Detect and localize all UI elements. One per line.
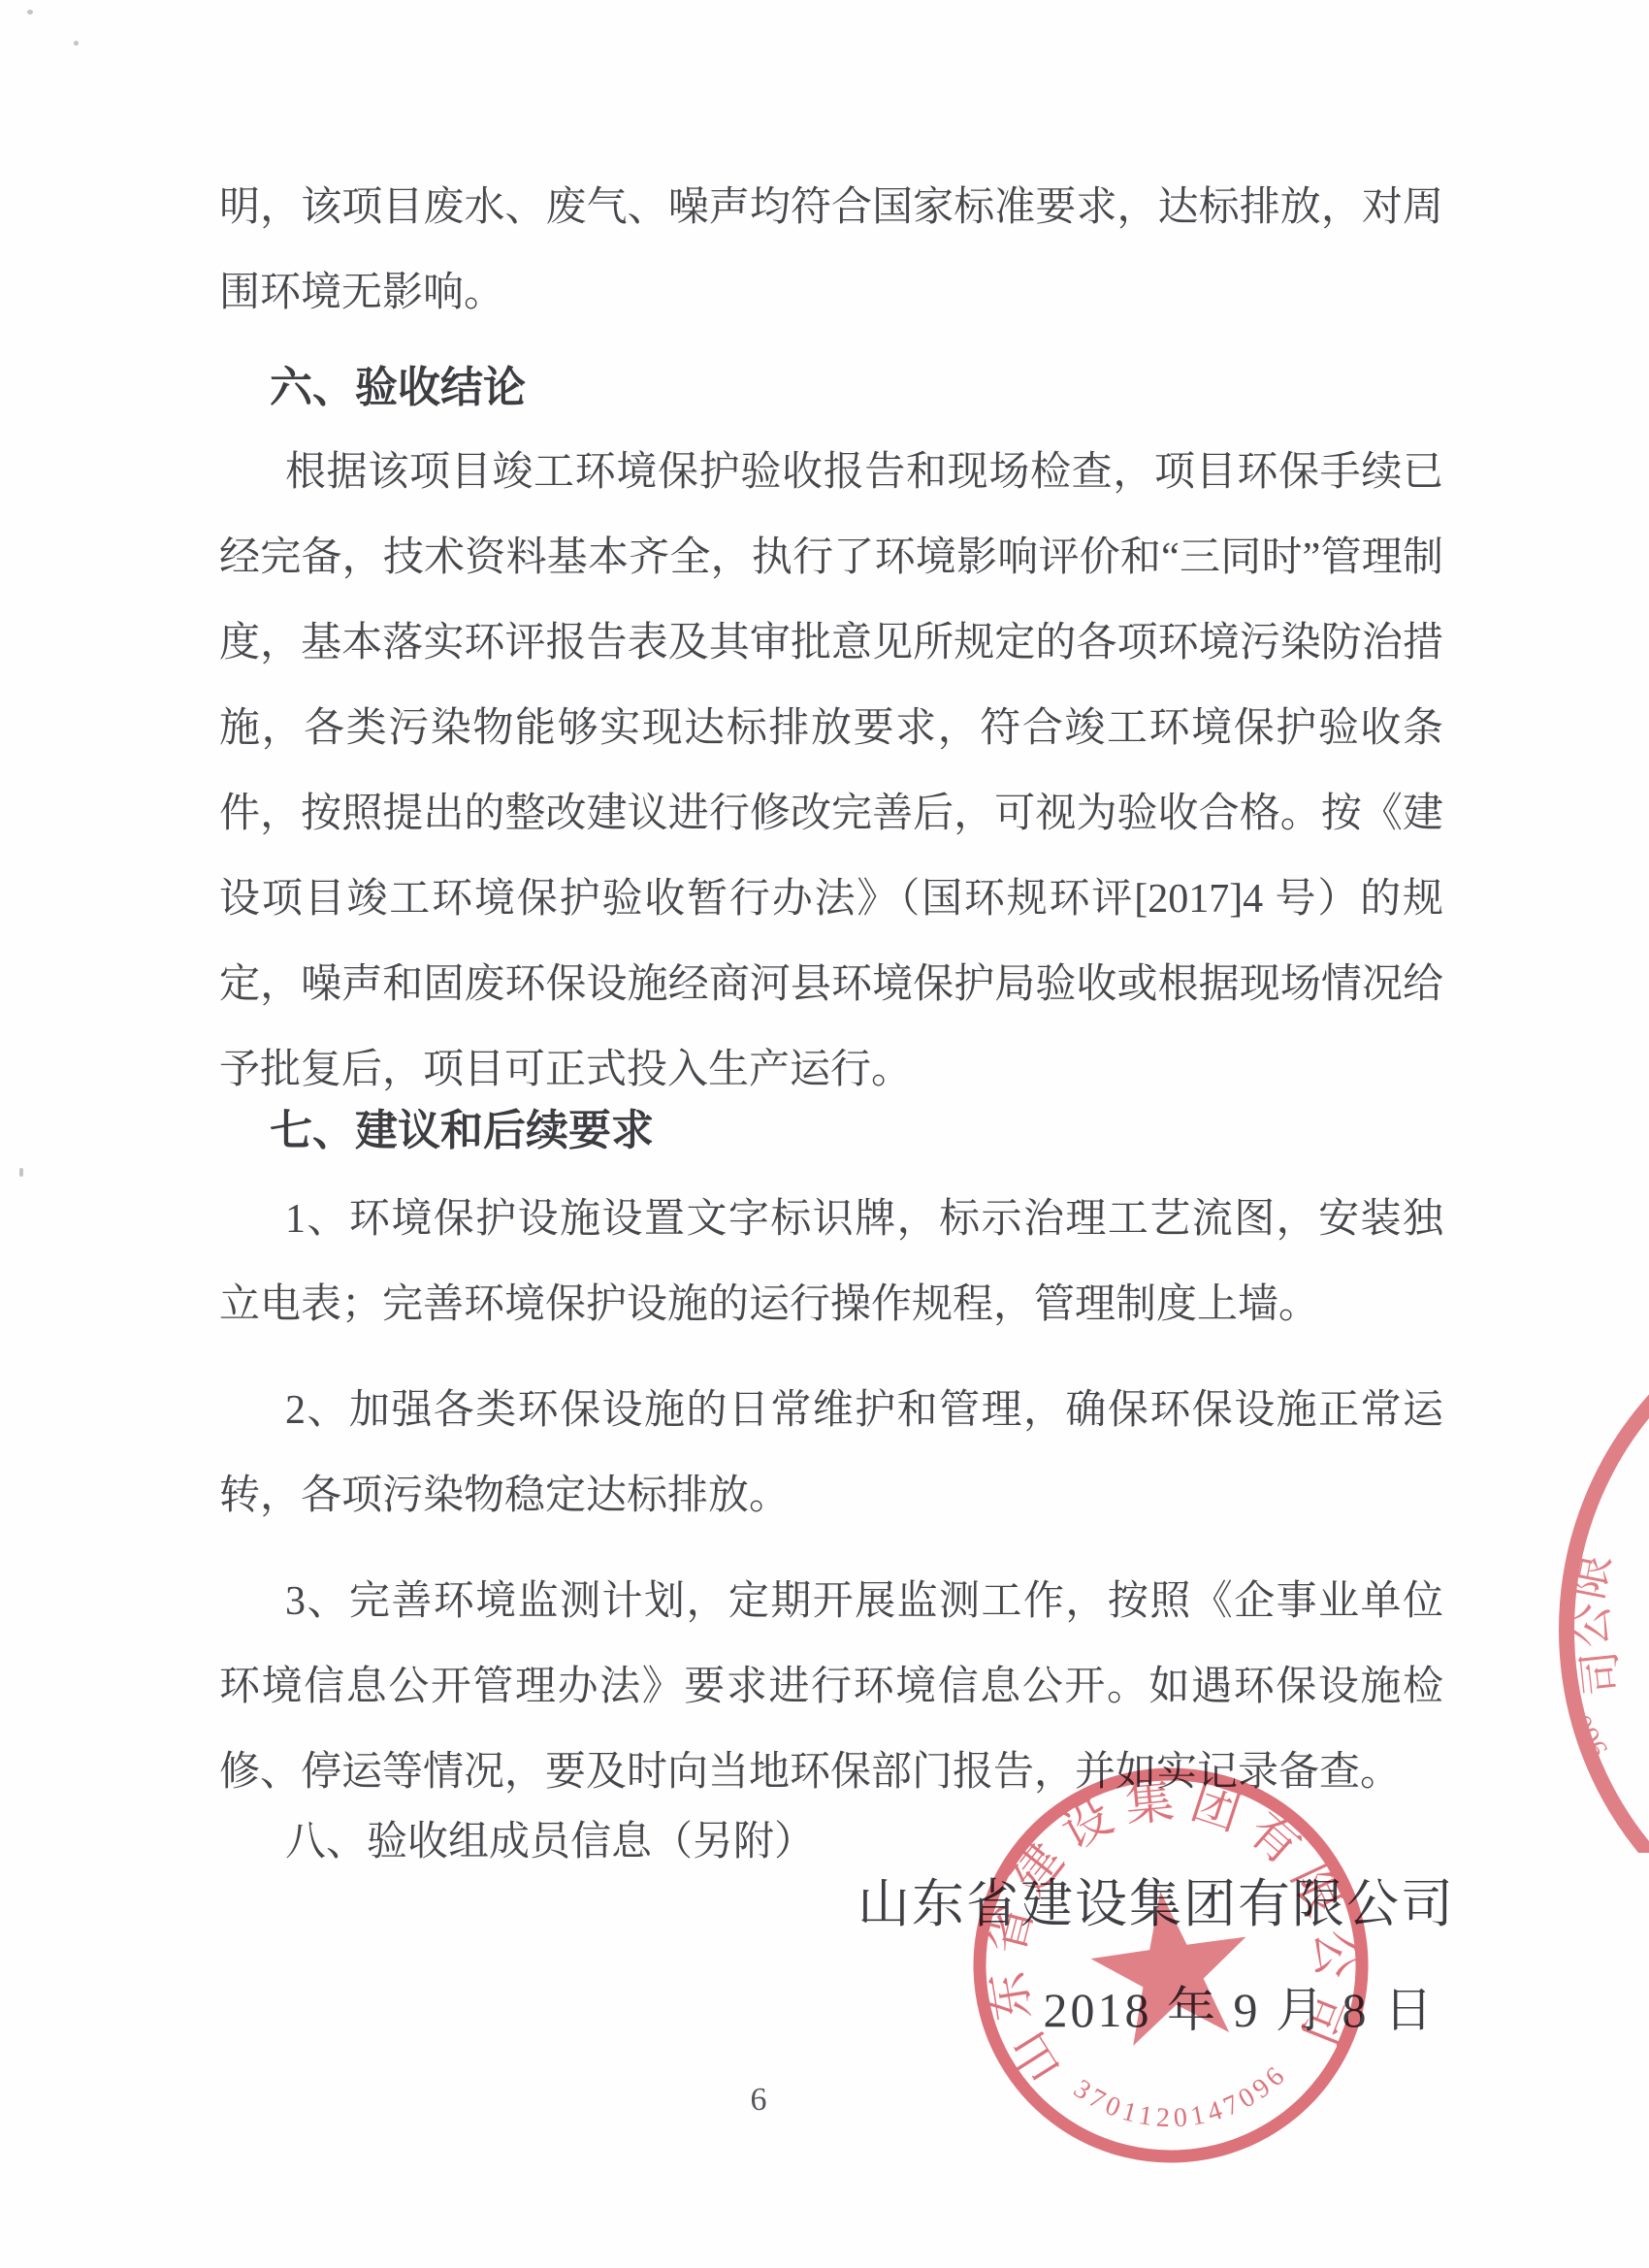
paragraph-suggestion-1: 1、环境保护设施设置文字标识牌，标示治理工艺流图，安装独立电表；完善环境保护设施…	[219, 1177, 1443, 1347]
scan-speck	[19, 1168, 23, 1177]
edge-seal-char: 司	[1574, 1648, 1629, 1698]
page-number: 6	[739, 2082, 778, 2119]
scan-speck	[27, 10, 33, 15]
signature-date: 2018 年 9 月 8 日	[1044, 1981, 1437, 2039]
seal-serial-number: 3701120147096	[1065, 2045, 1299, 2149]
signature-company-name: 山东省建设集团有限公司	[857, 1875, 1455, 1933]
edge-seal-digits: 096	[1565, 1710, 1614, 1764]
edge-partial-seal-stamp: 限 公 司 096	[1484, 1387, 1649, 1853]
heading-section-6: 六、验收结论	[219, 345, 1443, 431]
paragraph-suggestion-3: 3、完善环境监测计划，定期开展监测工作，按照《企事业单位环境信息公开管理办法》要…	[219, 1559, 1443, 1815]
heading-section-7: 七、建议和后续要求	[219, 1088, 1443, 1174]
edge-seal-char: 公	[1566, 1603, 1617, 1649]
paragraph-suggestion-2: 2、加强各类环保设施的日常维护和管理，确保环保设施正常运转，各项污染物稳定达标排…	[219, 1368, 1443, 1539]
heading-section-8: 八、验收组成员信息（另附）	[219, 1799, 1443, 1885]
edge-seal-arc	[1567, 1387, 1649, 1853]
scanned-document-page: 明，该项目废水、废气、噪声均符合国家标准要求，达标排放，对周围环境无影响。 六、…	[0, 0, 1649, 2268]
paragraph-acceptance-conclusion: 根据该项目竣工环境保护验收报告和现场检查，项目环保手续已经完备，技术资料基本齐全…	[219, 430, 1443, 1113]
scan-speck	[74, 41, 79, 46]
edge-seal-char: 限	[1562, 1550, 1619, 1604]
paragraph-intro-continuation: 明，该项目废水、废气、噪声均符合国家标准要求，达标排放，对周围环境无影响。	[219, 165, 1443, 336]
